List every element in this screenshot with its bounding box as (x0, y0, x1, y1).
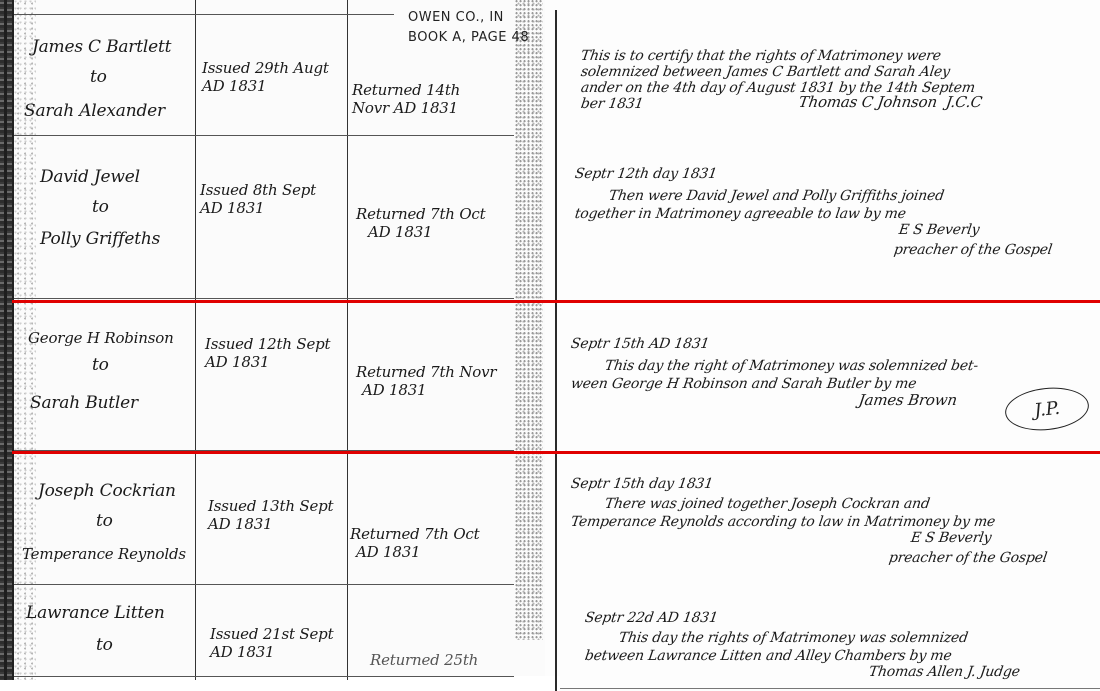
scan-margin (0, 676, 560, 691)
connector-to: to (96, 512, 113, 532)
issued-year: AD 1831 (208, 516, 272, 533)
issued-year: AD 1831 (205, 354, 269, 371)
returned-date: Returned 7th Novr (356, 364, 496, 381)
issued-date: Issued 13th Sept (208, 498, 333, 515)
officiant-signature: E S Beverly (898, 222, 981, 238)
row-divider (14, 135, 514, 136)
returned-year: AD 1831 (356, 544, 420, 561)
certificate-line: This is to certify that the rights of Ma… (580, 48, 942, 64)
certificate-line: There was joined together Joseph Cockran… (570, 496, 931, 512)
certificate-line: Septr 22d AD 1831 (584, 610, 719, 626)
returned-date: Returned 7th Oct (350, 526, 479, 543)
issued-year: AD 1831 (210, 644, 274, 661)
county-book-page-stamp: OWEN CO., IN BOOK A, PAGE 48 (408, 8, 529, 47)
stamp-book-page: BOOK A, PAGE 48 (408, 28, 529, 48)
certificate-line: Septr 15th AD 1831 (570, 336, 711, 352)
officiant-signature: James Brown (858, 392, 958, 409)
groom-name: Joseph Cockrian (38, 482, 176, 502)
stamp-county: OWEN CO., IN (408, 8, 529, 28)
officiant-title: preacher of the Gospel (888, 550, 1048, 566)
connector-to: to (90, 68, 107, 88)
highlight-line-bottom (12, 451, 1100, 454)
returned-year: AD 1831 (362, 382, 426, 399)
certificate-line: This day the right of Matrimoney was sol… (570, 358, 979, 374)
returned-date: Returned 25th (370, 652, 478, 669)
certificate-line: together in Matrimoney agreeable to law … (574, 206, 907, 222)
groom-name: Lawrance Litten (26, 604, 165, 624)
row-divider (14, 298, 514, 299)
officiant-signature: E S Beverly (910, 530, 993, 546)
certificate-line: ber 1831 (580, 96, 645, 112)
returned-date: Returned 7th Oct (356, 206, 485, 223)
binding-rule (4, 0, 7, 680)
officiant-signature: Thomas Allen J. Judge (868, 664, 1021, 680)
issued-year: AD 1831 (202, 78, 266, 95)
row-divider (14, 14, 394, 15)
certificate-line: ween George H Robinson and Sarah Butler … (570, 376, 918, 392)
column-divider (195, 0, 196, 680)
officiant-signature: Thomas C Johnson J.C.C (798, 94, 984, 111)
groom-name: George H Robinson (28, 330, 174, 347)
groom-name: David Jewel (40, 168, 140, 188)
connector-to: to (92, 198, 109, 218)
returned-date: Returned 14th (352, 82, 460, 99)
certificate-line: Septr 15th day 1831 (570, 476, 714, 492)
issued-date: Issued 12th Sept (205, 336, 330, 353)
issued-date: Issued 21st Sept (210, 626, 333, 643)
certificate-line: Septr 12th day 1831 (574, 166, 718, 182)
right-page-margin-rule (555, 10, 557, 691)
certificate-line: Then were David Jewel and Polly Griffith… (574, 188, 945, 204)
certificate-line: solemnized between James C Bartlett and … (580, 64, 951, 80)
returned-year: AD 1831 (368, 224, 432, 241)
certificate-line: This day the rights of Matrimoney was so… (584, 630, 969, 646)
bride-name: Polly Griffeths (40, 230, 160, 250)
certificate-line: between Lawrance Litten and Alley Chambe… (584, 648, 953, 664)
connector-to: to (92, 356, 109, 376)
bride-name: Sarah Alexander (24, 102, 165, 122)
officiant-title: preacher of the Gospel (893, 242, 1053, 258)
returned-year: Novr AD 1831 (352, 100, 458, 117)
certificate-line: Temperance Reynolds according to law in … (570, 514, 996, 530)
highlight-line-top (12, 300, 1100, 303)
marriage-register-page: OWEN CO., IN BOOK A, PAGE 48 James C Bar… (0, 0, 1100, 691)
issued-year: AD 1831 (200, 200, 264, 217)
issued-date: Issued 8th Sept (200, 182, 316, 199)
row-divider (14, 584, 514, 585)
bride-name: Sarah Butler (30, 394, 138, 414)
column-divider (347, 0, 348, 680)
bride-name: Temperance Reynolds (22, 546, 186, 563)
row-divider (14, 676, 514, 677)
connector-to: to (96, 636, 113, 656)
page-gutter-shadow (515, 0, 543, 640)
groom-name: James C Bartlett (32, 38, 171, 58)
issued-date: Issued 29th Augt (202, 60, 329, 77)
row-divider (560, 688, 1100, 689)
